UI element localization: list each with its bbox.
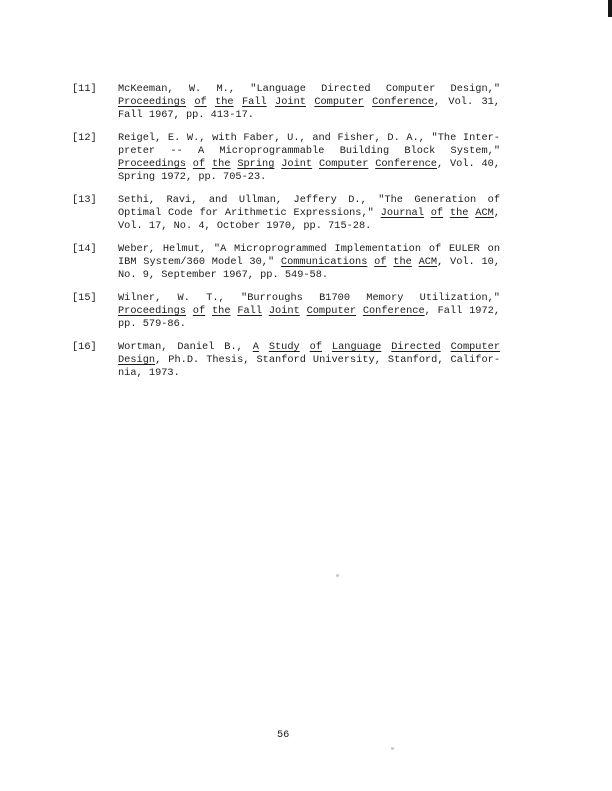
underlined-title-word: Joint — [275, 96, 306, 108]
reference-text: Reigel, E. W., with Faber, U., and Fishe… — [118, 132, 500, 184]
reference-line: Vol. 17, No. 4, October 1970, pp. 715-28… — [118, 220, 500, 233]
reference-line: Fall 1967, pp. 413-17. — [118, 109, 500, 122]
underlined-title-word: Joint — [281, 158, 312, 170]
reference-text: Weber, Helmut, "A Microprogrammed Implem… — [118, 243, 500, 282]
reference-list: [11]McKeeman, W. M., "Language Directed … — [72, 83, 500, 390]
reference-line: Sethi, Ravi, and Ullman, Jeffery D., "Th… — [118, 194, 500, 207]
underlined-title-word: Computer — [451, 341, 500, 353]
reference-line: McKeeman, W. M., "Language Directed Comp… — [118, 83, 500, 96]
underlined-title-word: of — [431, 207, 443, 219]
reference-item: [16]Wortman, Daniel B., A Study of Langu… — [72, 341, 500, 380]
underlined-title-word: the — [215, 96, 234, 108]
underlined-title-word: Computer — [307, 305, 356, 317]
underlined-title-word: the — [212, 158, 231, 170]
reference-line: No. 9, September 1967, pp. 549-58. — [118, 269, 500, 282]
underlined-title-word: Directed — [391, 341, 440, 353]
underlined-title-word: the — [393, 256, 412, 268]
underlined-title-word: Proceedings — [118, 305, 186, 317]
reference-line: Optimal Code for Arithmetic Expressions,… — [118, 207, 500, 220]
reference-item: [13]Sethi, Ravi, and Ullman, Jeffery D.,… — [72, 194, 500, 233]
reference-text: McKeeman, W. M., "Language Directed Comp… — [118, 83, 500, 122]
underlined-title-word: of — [193, 305, 205, 317]
underlined-title-word: Fall — [237, 305, 262, 317]
scan-artifact-corner — [608, 0, 612, 17]
underlined-title-word: Proceedings — [118, 96, 186, 108]
reference-text: Wilner, W. T., "Burroughs B1700 Memory U… — [118, 292, 500, 331]
underlined-title-word: Conference — [372, 96, 434, 108]
reference-item: [12]Reigel, E. W., with Faber, U., and F… — [72, 132, 500, 184]
reference-number: [12] — [72, 132, 118, 184]
reference-line: Wortman, Daniel B., A Study of Language … — [118, 341, 500, 354]
reference-line: Weber, Helmut, "A Microprogrammed Implem… — [118, 243, 500, 256]
reference-line: Reigel, E. W., with Faber, U., and Fishe… — [118, 132, 500, 145]
reference-line: Proceedings of the Fall Joint Computer C… — [118, 96, 500, 109]
underlined-title-word: Study — [269, 341, 300, 353]
underlined-title-word: Language — [332, 341, 381, 353]
underlined-title-word: Conference — [375, 158, 437, 170]
underlined-title-word: of — [194, 96, 206, 108]
underlined-title-word: Fall — [242, 96, 267, 108]
underlined-title-word: Computer — [314, 96, 363, 108]
reference-line: Design, Ph.D. Thesis, Stanford Universit… — [118, 354, 500, 367]
reference-item: [14]Weber, Helmut, "A Microprogrammed Im… — [72, 243, 500, 282]
reference-line: IBM System/360 Model 30," Communications… — [118, 256, 500, 269]
underlined-title-word: Communications — [281, 256, 368, 268]
underlined-title-word: Conference — [363, 305, 425, 317]
underlined-title-word: Spring — [237, 158, 274, 170]
underlined-title-word: Proceedings — [118, 158, 186, 170]
underlined-title-word: Joint — [269, 305, 300, 317]
scan-speck — [391, 747, 394, 750]
reference-line: Proceedings of the Fall Joint Computer C… — [118, 305, 500, 318]
reference-line: Wilner, W. T., "Burroughs B1700 Memory U… — [118, 292, 500, 305]
underlined-title-word: Computer — [319, 158, 368, 170]
underlined-title-word: of — [374, 256, 386, 268]
underlined-title-word: Design — [118, 354, 155, 366]
underlined-title-word: the — [450, 207, 469, 219]
reference-line: nia, 1973. — [118, 367, 500, 380]
reference-text: Wortman, Daniel B., A Study of Language … — [118, 341, 500, 380]
reference-number: [16] — [72, 341, 118, 380]
reference-line: preter -- A Microprogrammable Building B… — [118, 145, 500, 158]
reference-number: [15] — [72, 292, 118, 331]
document-page: [11]McKeeman, W. M., "Language Directed … — [0, 0, 612, 791]
reference-number: [11] — [72, 83, 118, 122]
reference-line: Proceedings of the Spring Joint Computer… — [118, 158, 500, 171]
reference-item: [11]McKeeman, W. M., "Language Directed … — [72, 83, 500, 122]
reference-number: [13] — [72, 194, 118, 233]
reference-line: pp. 579-86. — [118, 318, 500, 331]
underlined-title-word: A — [253, 341, 259, 353]
underlined-title-word: ACM — [419, 256, 438, 268]
page-number: 56 — [277, 729, 289, 742]
underlined-title-word: of — [310, 341, 322, 353]
reference-number: [14] — [72, 243, 118, 282]
underlined-title-word: the — [212, 305, 231, 317]
reference-text: Sethi, Ravi, and Ullman, Jeffery D., "Th… — [118, 194, 500, 233]
scan-speck — [336, 574, 339, 577]
reference-line: Spring 1972, pp. 705-23. — [118, 171, 500, 184]
underlined-title-word: of — [193, 158, 205, 170]
underlined-title-word: ACM — [475, 207, 494, 219]
reference-item: [15]Wilner, W. T., "Burroughs B1700 Memo… — [72, 292, 500, 331]
underlined-title-word: Journal — [381, 207, 424, 219]
